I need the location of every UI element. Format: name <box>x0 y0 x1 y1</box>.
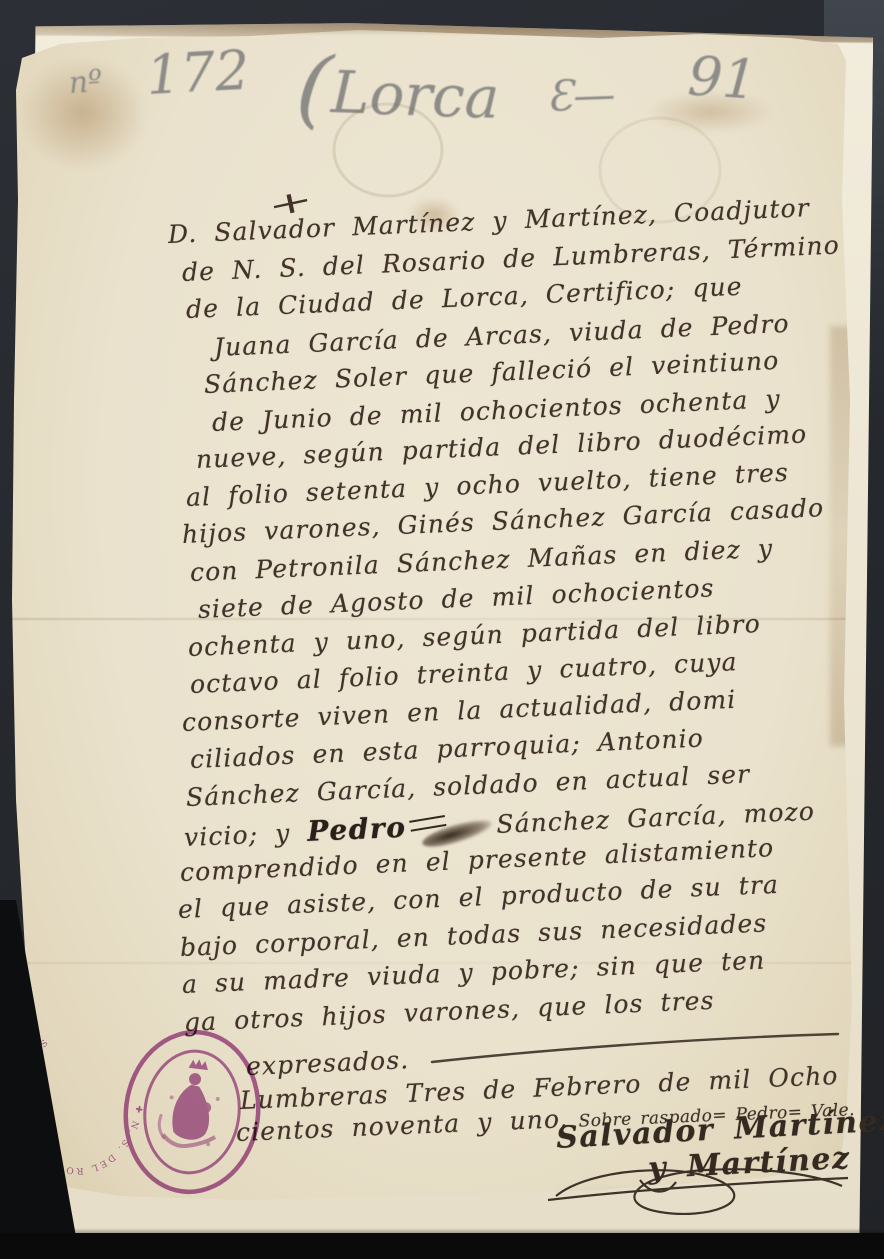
pencil-number-prefix: nº <box>68 64 104 101</box>
pencil-year: 91 <box>686 44 759 112</box>
scanned-document: nº 172 ( Lorca Ɛ— 91 + D. Salvador Martí… <box>0 0 884 1259</box>
pencil-code: Ɛ— <box>546 70 616 121</box>
pencil-place-word: Lorca <box>330 58 501 132</box>
pencil-number: 172 <box>145 39 251 107</box>
overwritten-word: Pedro <box>307 811 407 848</box>
handwritten-text: vicio; y <box>183 818 308 852</box>
backdrop-bottom <box>0 1233 884 1259</box>
